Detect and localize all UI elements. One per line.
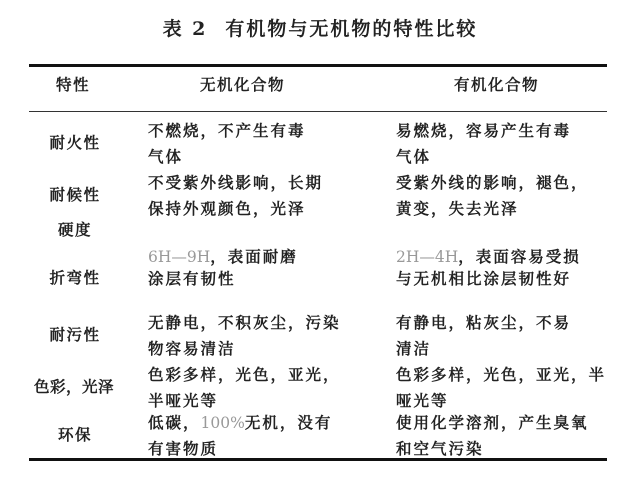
row-inorganic: 色彩多样，光色，亚光， 半哑光等 [148,362,368,414]
row-organic: 使用化学溶剂，产生臭氧 和空气污染 [396,410,611,462]
table-bottom-rule [29,458,607,461]
header-inorganic: 无机化合物 [200,73,285,95]
percentage-value: 100% [201,414,245,432]
row-inorganic: 低碳，100%无机，没有 有害物质 [148,410,368,462]
row-inorganic: 6H—9H，表面耐磨 [148,218,368,270]
row-property: 折弯性 [20,266,130,288]
hardness-range: 6H—9H [148,248,210,266]
row-inorganic: 不受紫外线影响，长期 保持外观颜色，光泽 [148,170,368,222]
row-inorganic: 不燃烧，不产生有毒 气体 [148,118,368,170]
row-organic: 与无机相比涂层韧性好 [396,266,611,292]
table-caption: 表 2有机物与无机物的特性比较 [0,14,640,41]
row-property: 色彩，光泽 [14,375,134,397]
header-property: 特性 [56,73,90,95]
row-organic: 2H—4H，表面容易受损 [396,218,611,270]
row-organic: 受紫外线的影响，褪色， 黄变，失去光泽 [396,170,611,222]
table-caption-number: 表 2 [163,18,208,40]
row-property: 环保 [20,423,130,445]
row-organic: 色彩多样，光色，亚光，半 哑光等 [396,362,611,414]
hardness-range: 2H—4H [396,248,458,266]
row-property: 耐候性 [20,183,130,205]
row-organic: 有静电，粘灰尘，不易 清洁 [396,310,611,362]
row-inorganic: 涂层有韧性 [148,266,368,292]
row-property: 硬度 [20,218,130,240]
table-caption-title: 有机物与无机物的特性比较 [225,18,477,40]
row-organic: 易燃烧，容易产生有毒 气体 [396,118,611,170]
row-inorganic: 无静电，不积灰尘，污染 物容易清洁 [148,310,368,362]
table-top-rule [29,64,607,67]
row-property: 耐火性 [20,131,130,153]
header-organic: 有机化合物 [454,73,539,95]
table-header-rule [29,111,607,112]
row-property: 耐污性 [20,323,130,345]
